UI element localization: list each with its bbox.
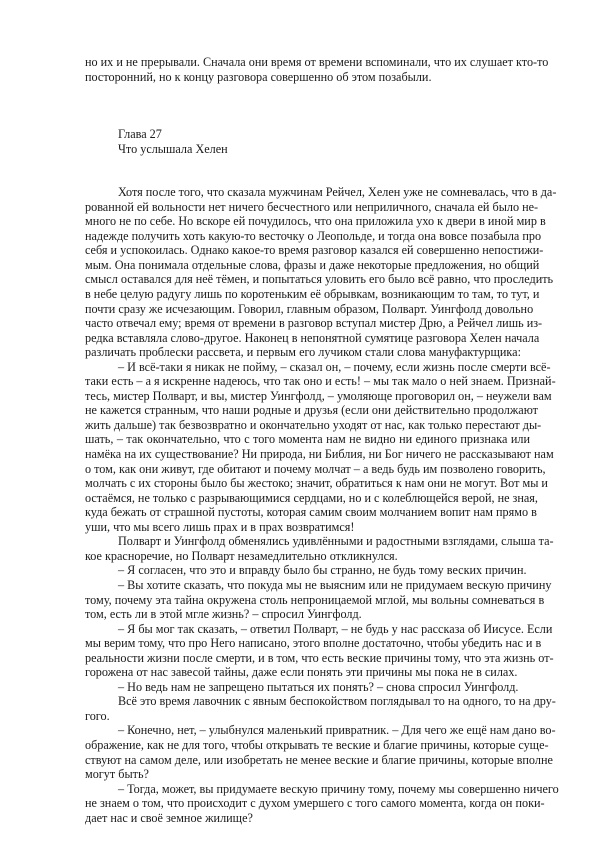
text-line: мы верим тому, что про Него написано, эт… <box>85 636 530 651</box>
text-line: тесь, мистер Полварт, и вы, мистер Уингф… <box>85 389 530 404</box>
text-line: том, есть ли в этой мгле жизнь? – спроси… <box>85 607 530 622</box>
text-line: тому, почему эта тайна окружена столь не… <box>85 593 530 608</box>
text-line: могут быть? <box>85 767 530 782</box>
text-line: надежде получить хоть какую-то весточку … <box>85 229 530 244</box>
text-line: таки есть – а я искренне надеюсь, что та… <box>85 374 530 389</box>
chapter-body: Хотя после того, что сказала мужчинам Ре… <box>85 185 530 825</box>
text-line: – Я бы мог так сказать, – ответил Полвар… <box>85 622 530 637</box>
text-line: посторонний, но к концу разговора соверш… <box>85 70 530 85</box>
paragraph: – И всё-таки я никак не пойму, – сказал … <box>85 360 530 535</box>
text-line: шать, – так окончательно, что с того мом… <box>85 432 530 447</box>
text-line: почти сразу же исчезающим. Говорил, глав… <box>85 302 530 317</box>
paragraph: – Конечно, нет, – улыбнулся маленький пр… <box>85 723 530 781</box>
document-page: но их и не прерывали. Сначала они время … <box>85 55 530 825</box>
text-line: остаёмся, не только с разрывающимися сер… <box>85 491 530 506</box>
paragraph: – Я бы мог так сказать, – ответил Полвар… <box>85 622 530 680</box>
text-line: много не по себе. Но вскоре ей почудилос… <box>85 214 530 229</box>
text-line: рованной ей вольности нет ничего бесчест… <box>85 200 530 215</box>
text-line: куда бежать от страшной пустоты, которая… <box>85 505 530 520</box>
paragraph: Всё это время лавочник с явным беспокойс… <box>85 694 530 723</box>
chapter-title: Что услышала Хелен <box>85 142 530 157</box>
text-line: не знаем о том, что происходит с духом у… <box>85 796 530 811</box>
text-line: – Но ведь нам не запрещено пытаться их п… <box>85 680 530 695</box>
paragraph: – Тогда, может, вы придумаете вескую при… <box>85 782 530 826</box>
text-line: жить дальше) так безвозвратно и окончате… <box>85 418 530 433</box>
text-line: о том, как они живут, где обитают и поче… <box>85 462 530 477</box>
text-line: уши, что мы всего лишь прах и в прах воз… <box>85 520 530 535</box>
text-line: ствуют на самом деле, или изобретать не … <box>85 753 530 768</box>
text-line: Полварт и Уингфолд обменялись удивлённым… <box>85 534 530 549</box>
text-line: не кажется странным, что наши родные и д… <box>85 403 530 418</box>
text-line: в небе целую радугу лишь по коротеньким … <box>85 287 530 302</box>
chapter-number: Глава 27 <box>85 127 530 142</box>
paragraph: – Вы хотите сказать, что покуда мы не вы… <box>85 578 530 622</box>
text-line: дает нас и своё земное жилище? <box>85 811 530 826</box>
text-line: редка вставляла слово-другое. Наконец в … <box>85 331 530 346</box>
text-line: горожена от нас завесой тайны, даже если… <box>85 665 530 680</box>
text-line: часто отвечал ему; время от времени в ра… <box>85 316 530 331</box>
text-line: смысл оставался для неё тёмен, и попытат… <box>85 272 530 287</box>
intro-paragraph: но их и не прерывали. Сначала они время … <box>85 55 530 84</box>
text-line: но их и не прерывали. Сначала они время … <box>85 55 530 70</box>
text-line: себя и успокоилась. Однако какое-то врем… <box>85 243 530 258</box>
text-line: – И всё-таки я никак не пойму, – сказал … <box>85 360 530 375</box>
text-line: намёка на их существование? Ни природа, … <box>85 447 530 462</box>
text-line: реальности жизни после смерти, и в том, … <box>85 651 530 666</box>
text-line: – Конечно, нет, – улыбнулся маленький пр… <box>85 723 530 738</box>
text-line: Всё это время лавочник с явным беспокойс… <box>85 694 530 709</box>
text-line: мым. Она понимала отдельные слова, фразы… <box>85 258 530 273</box>
paragraph: – Но ведь нам не запрещено пытаться их п… <box>85 680 530 695</box>
text-line: – Вы хотите сказать, что покуда мы не вы… <box>85 578 530 593</box>
text-line: гого. <box>85 709 530 724</box>
text-line: ображение, как не для того, чтобы открыв… <box>85 738 530 753</box>
paragraph: – Я согласен, что это и вправду было бы … <box>85 563 530 578</box>
text-line: – Тогда, может, вы придумаете вескую при… <box>85 782 530 797</box>
text-line: молчать с их стороны было бы жестоко; зн… <box>85 476 530 491</box>
text-line: кое красноречие, но Полварт незамедлител… <box>85 549 530 564</box>
paragraph: Полварт и Уингфолд обменялись удивлённым… <box>85 534 530 563</box>
paragraph: Хотя после того, что сказала мужчинам Ре… <box>85 185 530 360</box>
text-line: Хотя после того, что сказала мужчинам Ре… <box>85 185 530 200</box>
text-line: различать проблески рассвета, и первым е… <box>85 345 530 360</box>
text-line: – Я согласен, что это и вправду было бы … <box>85 563 530 578</box>
